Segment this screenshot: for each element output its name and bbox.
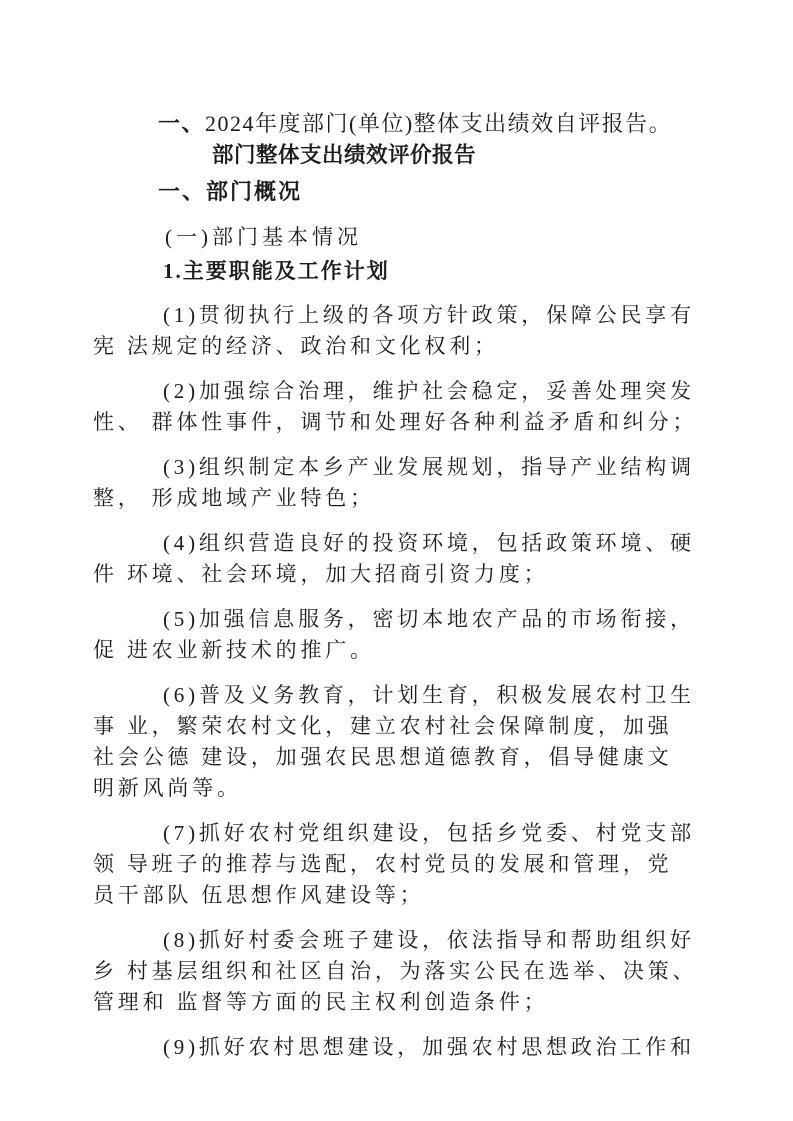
paragraph-7: (7)抓好农村党组织建设，包括乡党委、村党支部 领 导班子的推荐与选配，农村党员…: [93, 818, 793, 911]
paragraph-line: (8)抓好村委会班子建设，依法指导和帮助组织好: [93, 925, 793, 956]
paragraph-line: 社会公德 建设，加强农民思想道德教育，倡导健康文: [93, 742, 793, 773]
paragraph-line: 明新风尚等。: [93, 773, 793, 804]
paragraph-line: 乡 村基层组织和社区自治，为落实公民在选举、决策、: [93, 956, 793, 987]
paragraph-line: 事 业，繁荣农村文化，建立农村社会保障制度，加强: [93, 711, 793, 742]
paragraph-line: 宪 法规定的经济、政治和文化权利；: [93, 331, 793, 362]
document-page: 一、2024年度部门(单位)整体支出绩效自评报告。 部门整体支出绩效评价报告 一…: [0, 0, 793, 1121]
paragraph-5: (5)加强信息服务，密切本地农产品的市场衔接， 促 进农业新技术的推广。: [93, 604, 793, 666]
report-title: 部门整体支出绩效评价报告: [212, 140, 793, 170]
subsection-heading-main-functions: 1.主要职能及工作计划: [163, 256, 793, 286]
paragraph-line: 促 进农业新技术的推广。: [93, 635, 793, 666]
heading-number-prefix: 一、: [158, 111, 205, 136]
self-eval-report-heading: 一、2024年度部门(单位)整体支出绩效自评报告。: [158, 109, 793, 139]
paragraph-line: (4)组织营造良好的投资环境，包括政策环境、硬: [93, 528, 793, 559]
paragraph-line: 管理和 监督等方面的民主权利创造条件；: [93, 987, 793, 1018]
paragraph-3: (3)组织制定本乡产业发展规划，指导产业结构调 整， 形成地域产业特色；: [93, 452, 793, 514]
paragraph-line: 员干部队 伍思想作风建设等；: [93, 880, 793, 911]
paragraph-8: (8)抓好村委会班子建设，依法指导和帮助组织好 乡 村基层组织和社区自治，为落实…: [93, 925, 793, 1018]
paragraph-2: (2)加强综合治理，维护社会稳定，妥善处理突发 性、 群体性事件，调节和处理好各…: [93, 376, 793, 438]
paragraph-line: (1)贯彻执行上级的各项方针政策，保障公民享有: [93, 300, 793, 331]
paragraph-9: (9)抓好农村思想建设，加强农村思想政治工作和: [93, 1032, 793, 1063]
paragraph-line: 性、 群体性事件，调节和处理好各种利益矛盾和纠分；: [93, 407, 793, 438]
paragraph-line: 整， 形成地域产业特色；: [93, 483, 793, 514]
paragraph-line: (9)抓好农村思想建设，加强农村思想政治工作和: [93, 1032, 793, 1063]
heading-text: 2024年度部门(单位)整体支出绩效自评报告。: [205, 111, 672, 136]
paragraph-line: (7)抓好农村党组织建设，包括乡党委、村党支部: [93, 818, 793, 849]
section-heading-department-overview: 一、部门概况: [158, 177, 793, 207]
paragraph-line: (3)组织制定本乡产业发展规划，指导产业结构调: [93, 452, 793, 483]
paragraph-4: (4)组织营造良好的投资环境，包括政策环境、硬 件 环境、社会环境，加大招商引资…: [93, 528, 793, 590]
paragraph-line: (5)加强信息服务，密切本地农产品的市场衔接，: [93, 604, 793, 635]
paragraph-1: (1)贯彻执行上级的各项方针政策，保障公民享有 宪 法规定的经济、政治和文化权利…: [93, 300, 793, 362]
paragraph-line: 领 导班子的推荐与选配，农村党员的发展和管理，党: [93, 849, 793, 880]
paragraph-line: (6)普及义务教育，计划生育，积极发展农村卫生: [93, 680, 793, 711]
paragraph-line: 件 环境、社会环境，加大招商引资力度；: [93, 559, 793, 590]
subsection-heading-basic-info: (一)部门基本情况: [165, 222, 793, 252]
paragraph-6: (6)普及义务教育，计划生育，积极发展农村卫生 事 业，繁荣农村文化，建立农村社…: [93, 680, 793, 804]
paragraph-line: (2)加强综合治理，维护社会稳定，妥善处理突发: [93, 376, 793, 407]
